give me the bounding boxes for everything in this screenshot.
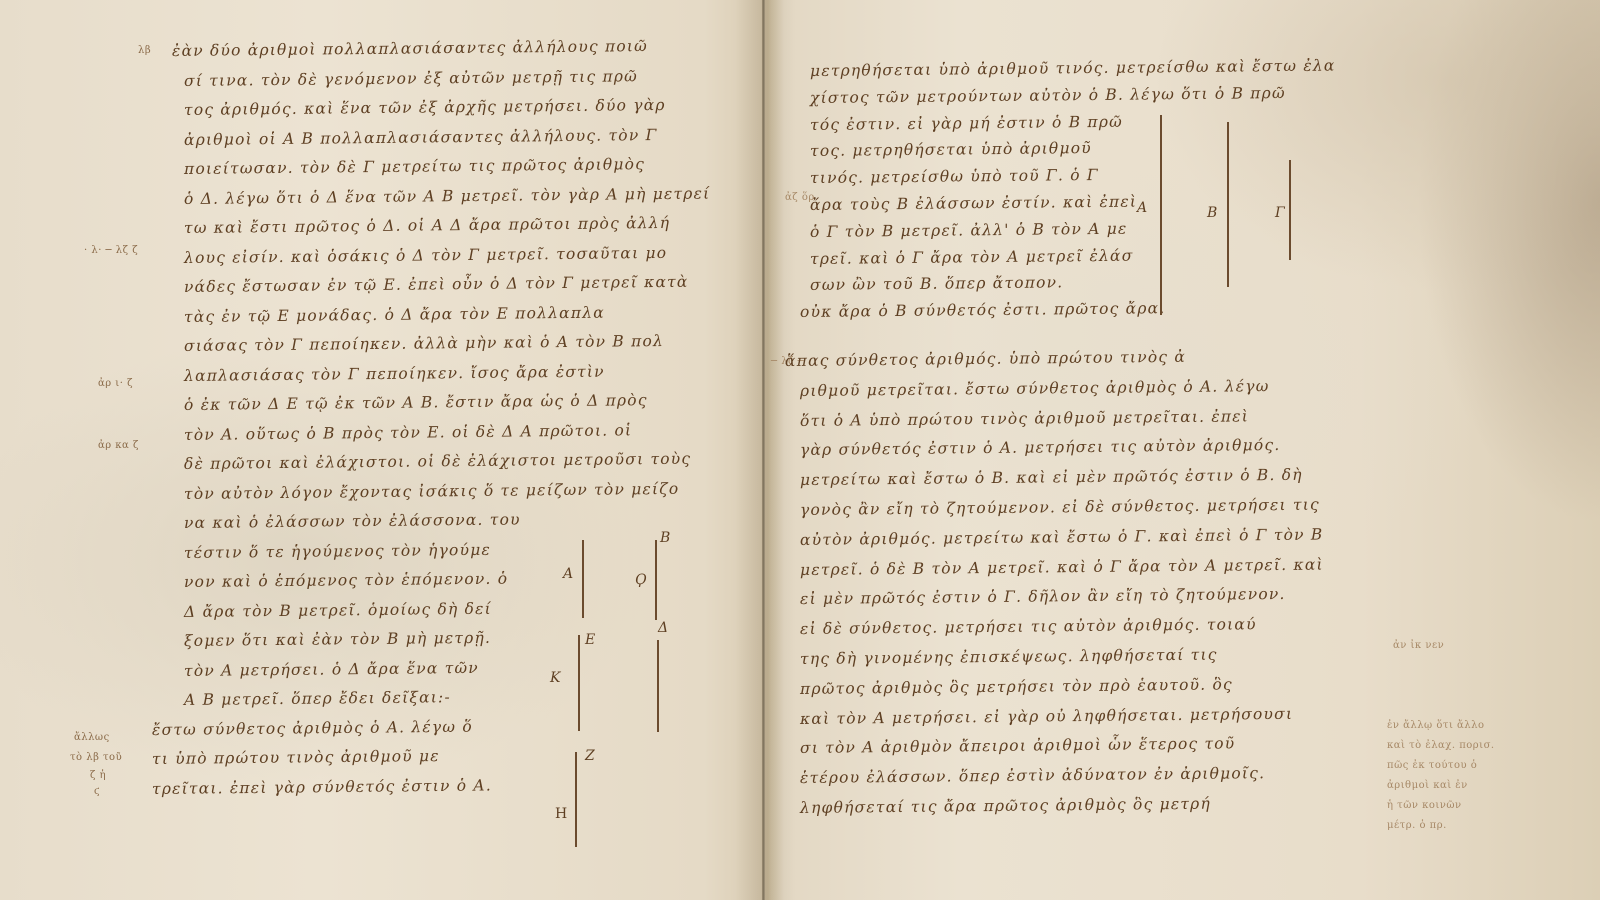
text-line: μετρηθήσεται ὑπὸ ἀριθμοῦ τινός. μετρείσθ… <box>810 56 1336 80</box>
margin-note: λβ <box>138 45 151 56</box>
diagram-label-c: Γ <box>1275 205 1285 221</box>
text-line: εἰ μὲν πρῶτός ἐστιν ὁ Γ. δῆλον ἂν εἴη τὸ… <box>800 585 1286 608</box>
text-line: ξομεν ὅτι καὶ ἐὰν τὸν Β μὴ μετρῇ. <box>184 629 491 650</box>
text-line: ἅπας σύνθετος ἀριθμός. ὑπὸ πρώτου τινὸς … <box>785 348 1186 370</box>
text-line: ἔστω σύνθετος ἀριθμὸς ὁ Α. λέγω ὅ <box>152 717 473 738</box>
manuscript-spread: λβ· λ· ─ λζ ζἀρ ι· ζἀρ κα ζἄλλωςτὸ λβ το… <box>0 0 1600 900</box>
text-line: ληφθήσεταί τις ἄρα πρῶτος ἀριθμὸς ὃς μετ… <box>800 795 1211 817</box>
text-line: σι τὸν Α ἀριθμὸν ἄπειροι ἀριθμοὶ ὧν ἕτερ… <box>800 735 1236 758</box>
margin-note: πῶς ἐκ τούτου ὁ <box>1387 760 1477 771</box>
text-line: τὸν αὐτὸν λόγον ἔχοντας ἰσάκις ὅ τε μείζ… <box>184 479 680 502</box>
text-line: ἄρα τοὺς Β ἐλάσσων ἐστίν. καὶ ἐπεὶ <box>810 193 1137 214</box>
margin-note: ἀρ κα ζ <box>98 440 139 451</box>
diagram-label: Ε <box>585 632 595 648</box>
text-line: πρῶτος ἀριθμὸς ὃς μετρήσει τὸν πρὸ ἑαυτο… <box>800 675 1233 698</box>
diagram-line <box>575 752 577 847</box>
diagram-label: Ζ <box>585 748 595 764</box>
text-line: τινός. μετρείσθω ὑπὸ τοῦ Γ. ὁ Γ <box>810 166 1099 187</box>
diagram-label: Δ <box>658 620 668 636</box>
margin-note: · λ· ─ λζ ζ <box>84 245 138 256</box>
text-line: Α Β μετρεῖ. ὅπερ ἔδει δεῖξαι:- <box>184 688 451 709</box>
margin-note: ζ ἡ <box>90 770 106 781</box>
text-line: τός ἐστιν. εἰ γὰρ μή ἐστιν ὁ Β πρῶ <box>810 112 1123 133</box>
text-line: καὶ τὸν Α μετρήσει. εἰ γὰρ οὐ ληφθήσεται… <box>800 704 1293 727</box>
diagram-line <box>578 635 580 731</box>
text-line: τέστιν ὅ τε ἡγούμενος τὸν ἡγούμε <box>184 540 491 561</box>
text-line: τρεῖ. καὶ ὁ Γ ἄρα τὸν Α μετρεῖ ἐλάσ <box>810 246 1134 267</box>
text-line: τὸν Α μετρήσει. ὁ Δ ἄρα ἕνα τῶν <box>184 658 479 679</box>
text-line: χίστος τῶν μετρούντων αὐτὸν ὁ Β. λέγω ὅτ… <box>810 84 1286 107</box>
margin-note: ἡ τῶν κοινῶν <box>1387 800 1462 811</box>
diagram-line <box>655 540 657 620</box>
margin-note: καὶ τὸ ἐλαχ. πορισ. <box>1387 740 1495 751</box>
diagram-label-a: Α <box>1137 200 1147 216</box>
text-line: τι ὑπὸ πρώτου τινὸς ἀριθμοῦ με <box>152 747 440 768</box>
diagram-label: Κ <box>550 670 560 686</box>
text-line: σί τινα. τὸν δὲ γενόμενον ἐξ αὐτῶν μετρῇ… <box>184 67 638 90</box>
text-line: αὐτὸν ἀριθμός. μετρείτω καὶ ἔστω ὁ Γ. κα… <box>800 525 1324 548</box>
text-line: σιάσας τὸν Γ πεποίηκεν. ἀλλὰ μὴν καὶ ὁ Α… <box>184 332 664 355</box>
text-line: ἐὰν δύο ἀριθμοὶ πολλαπλασιάσαντες ἀλλήλο… <box>172 37 648 60</box>
text-line: ὁ ἐκ τῶν Δ Ε τῷ ἐκ τῶν Α Β. ἔστιν ἄρα ὡς… <box>184 391 648 414</box>
text-line: τω καὶ ἔστι πρῶτος ὁ Δ. οἱ Α Δ ἄρα πρῶτο… <box>184 214 670 237</box>
margin-note: τὸ λβ τοῦ <box>70 752 122 763</box>
diagram-label-b: Β <box>1207 205 1217 221</box>
diagram-line-c <box>1289 160 1291 260</box>
text-line: ἀριθμοὶ οἱ Α Β πολλαπλασιάσαντες ἀλλήλου… <box>184 126 658 149</box>
margin-note: μέτρ. ὁ πρ. <box>1387 820 1447 831</box>
text-line: να καὶ ὁ ἐλάσσων τὸν ἐλάσσονα. του <box>184 510 521 532</box>
margin-note: ἄλλως <box>74 732 110 743</box>
diagram-line-b <box>1227 122 1229 287</box>
text-line: ριθμοῦ μετρεῖται. ἔστω σύνθετος ἀριθμὸς … <box>800 377 1270 400</box>
text-line: σων ὢν τοῦ Β. ὅπερ ἄτοπον. <box>810 274 1064 295</box>
text-line: λαπλασιάσας τὸν Γ πεποίηκεν. ἴσος ἄρα ἐσ… <box>184 362 605 384</box>
text-line: της δὴ γινομένης ἐπισκέψεως. ληφθήσεταί … <box>800 646 1218 668</box>
margin-note: ἐν ἄλλῳ ὅτι ἄλλο <box>1387 720 1485 731</box>
text-line: τὸν Α. οὕτως ὁ Β πρὸς τὸν Ε. οἱ δὲ Δ Α π… <box>184 421 632 444</box>
text-line: λους εἰσίν. καὶ ὁσάκις ὁ Δ τὸν Γ μετρεῖ.… <box>184 243 667 266</box>
text-line: νάδες ἔστωσαν ἐν τῷ Ε. ἐπεὶ οὖν ὁ Δ τὸν … <box>184 273 689 296</box>
text-line: νον καὶ ὁ ἑπόμενος τὸν ἑπόμενον. ὁ <box>184 570 508 591</box>
diagram-line <box>582 540 584 618</box>
text-line: γὰρ σύνθετός ἐστιν ὁ Α. μετρήσει τις αὐτ… <box>800 436 1281 459</box>
text-line: ὁ Δ. λέγω ὅτι ὁ Δ ἕνα τῶν Α Β μετρεῖ. τὸ… <box>184 184 711 208</box>
text-line: εἰ δὲ σύνθετος. μετρήσει τις αὐτὸν ἀριθμ… <box>800 615 1257 638</box>
text-line: ποιείτωσαν. τὸν δὲ Γ μετρείτω τις πρῶτος… <box>184 155 645 178</box>
text-line: τρεῖται. ἐπεὶ γὰρ σύνθετός ἐστιν ὁ Α. <box>152 776 492 798</box>
text-line: μετρεῖ. ὁ δὲ Β τὸν Α μετρεῖ. καὶ ὁ Γ ἄρα… <box>800 555 1324 578</box>
diagram-line <box>657 640 659 732</box>
text-line: τὰς ἐν τῷ Ε μονάδας. ὁ Δ ἄρα τὸν Ε πολλα… <box>184 303 605 325</box>
text-line: ὁ Γ τὸν Β μετρεῖ. ἀλλ' ὁ Β τὸν Α με <box>810 219 1128 240</box>
text-line: οὐκ ἄρα ὁ Β σύνθετός ἐστι. πρῶτος ἄρα. <box>800 299 1166 321</box>
diagram-label-bottom: Η <box>555 806 567 822</box>
text-line: δὲ πρῶτοι καὶ ἐλάχιστοι. οἱ δὲ ἐλάχιστοι… <box>184 450 691 473</box>
margin-note: ἀν ἰκ νεν <box>1393 640 1444 651</box>
text-line: Δ ἄρα τὸν Β μετρεῖ. ὁμοίως δὴ δεί <box>184 599 492 620</box>
diagram-label: Α <box>563 566 573 582</box>
text-line: ἑτέρου ἐλάσσων. ὅπερ ἐστὶν ἀδύνατον ἐν ἀ… <box>800 764 1265 787</box>
margin-note: ϛ <box>94 786 100 797</box>
text-line: μετρείτω καὶ ἔστω ὁ Β. καὶ εἰ μὲν πρῶτός… <box>800 466 1303 489</box>
margin-note: ἀρ ι· ζ <box>98 378 133 389</box>
text-line: τος. μετρηθήσεται ὑπὸ ἀριθμοῦ <box>810 139 1092 160</box>
diagram-label: Β <box>660 530 670 546</box>
text-line: ὅτι ὁ Α ὑπὸ πρώτου τινὸς ἀριθμοῦ μετρεῖτ… <box>800 407 1249 430</box>
margin-note: ἀριθμοὶ καὶ ἐν <box>1387 780 1468 791</box>
text-line: γονὸς ἂν εἴη τὸ ζητούμενον. εἰ δὲ σύνθετ… <box>800 496 1320 519</box>
left-page: λβ· λ· ─ λζ ζἀρ ι· ζἀρ κα ζἄλλωςτὸ λβ το… <box>0 0 762 900</box>
diagram-line-a <box>1160 115 1162 315</box>
text-line: τος ἀριθμός. καὶ ἕνα τῶν ἐξ ἀρχῆς μετρήσ… <box>184 96 666 119</box>
diagram-label: Ϙ <box>635 572 646 588</box>
right-page: ἀζ ὅρ─ λζ ─ἀν ἰκ νενἐν ἄλλῳ ὅτι ἄλλοκαὶ … <box>765 0 1600 900</box>
